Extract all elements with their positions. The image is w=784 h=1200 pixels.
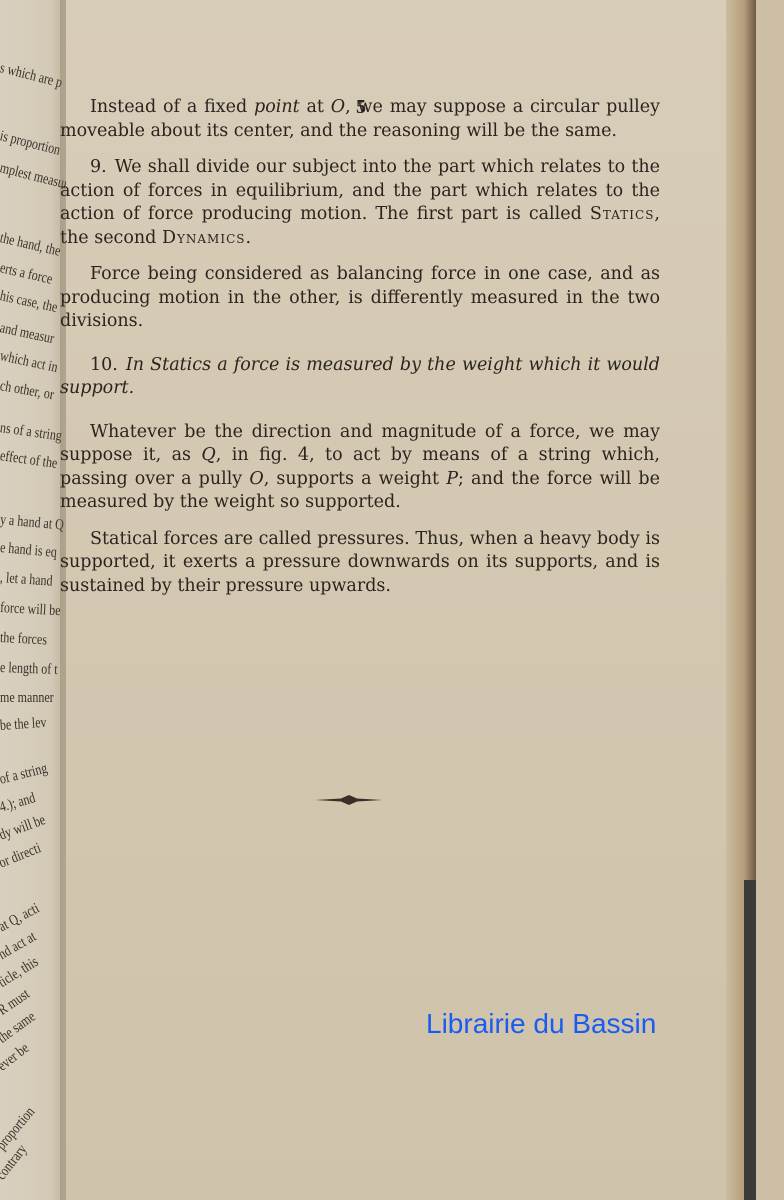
watermark-text: Librairie du Bassin <box>426 1008 656 1040</box>
page-body: Instead of a fixed point at O, we may su… <box>60 96 660 611</box>
previous-page-text-fragment: is proportion <box>0 128 62 159</box>
previous-page-text-fragment: which act in <box>0 348 59 377</box>
previous-page-text-fragment: , let a hand <box>0 570 53 591</box>
previous-page-text-fragment: of a string <box>0 760 49 788</box>
previous-page-text-fragment: force will be <box>0 600 61 620</box>
book-cover-edge <box>744 880 756 1200</box>
previous-page-text-fragment: and measur <box>0 320 56 348</box>
previous-page-text-fragment: s which are p <box>0 60 64 92</box>
previous-page-text-fragment: y a hand at Q <box>0 512 64 535</box>
previous-page-text-fragment: 4.); and <box>0 790 38 816</box>
paragraph-10: 10.In Statics a force is measured by the… <box>60 354 660 401</box>
paragraph-pressures: Statical forces are called pressures. Th… <box>60 528 660 599</box>
term-dynamics: Dynamics <box>162 228 246 248</box>
previous-page-text-fragment: ch other, or <box>0 378 55 404</box>
paragraph-number: 9. <box>90 157 107 177</box>
previous-page-text-fragment: e length of t <box>0 660 58 679</box>
previous-page-text-fragment: dy will be <box>0 812 48 844</box>
paragraph-force-measure: Force being considered as balancing forc… <box>60 263 660 334</box>
paragraph-direction: Whatever be the direction and magnitude … <box>60 421 660 515</box>
previous-page-text-fragment: erts a force <box>0 260 54 289</box>
previous-page-text-fragment: his case, the <box>0 288 59 317</box>
previous-page-text-fragment: ns of a string <box>0 420 63 446</box>
paragraph-9: 9.We shall divide our subject into the p… <box>60 156 660 250</box>
previous-page-text-fragment: be the lev <box>0 715 47 735</box>
decorative-rule-ornament <box>315 794 383 806</box>
previous-page-text-fragment: the hand, the <box>0 230 62 260</box>
page-edge <box>726 0 756 1200</box>
previous-page-text-fragment: e hand is eq <box>0 540 58 562</box>
previous-page-text-fragment: me manner <box>0 690 54 707</box>
paragraph-number: 10. <box>90 355 118 375</box>
previous-page-text-fragment: the forces <box>0 630 47 649</box>
paragraph-pulley: Instead of a fixed point at O, we may su… <box>60 96 660 143</box>
term-statics: Statics <box>590 204 655 224</box>
previous-page-text-fragment: at Q, acti <box>0 901 43 937</box>
previous-page-text-fragment: effect of the <box>0 448 58 473</box>
previous-page-text-fragment: or directi <box>0 840 44 872</box>
